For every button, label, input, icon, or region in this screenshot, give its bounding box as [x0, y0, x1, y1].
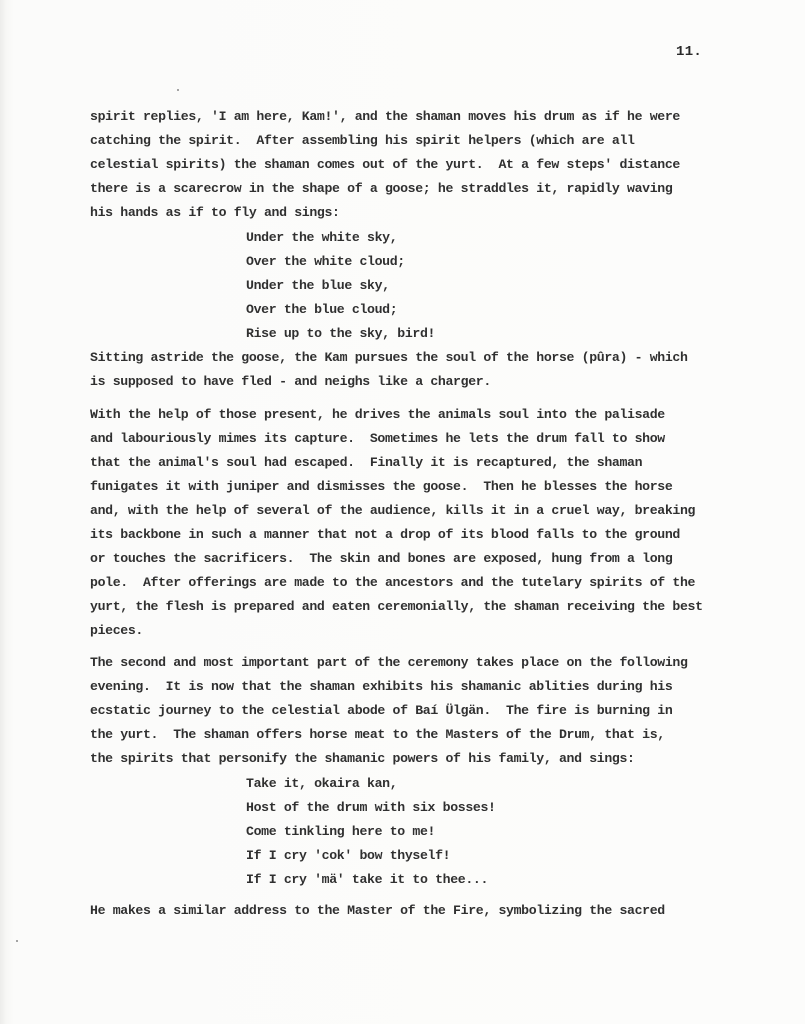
- text-line: He makes a similar address to the Master…: [90, 899, 665, 923]
- text-line: pole. After offerings are made to the an…: [90, 571, 695, 595]
- text-line: catching the spirit. After assembling hi…: [90, 129, 635, 153]
- text-line: With the help of those present, he drive…: [90, 403, 665, 427]
- verse-line: Come tinkling here to me!: [246, 820, 435, 844]
- text-line: the yurt. The shaman offers horse meat t…: [90, 723, 665, 747]
- text-line: Sitting astride the goose, the Kam pursu…: [90, 346, 688, 370]
- text-line: The second and most important part of th…: [90, 651, 688, 675]
- text-line: and labouriously mimes its capture. Some…: [90, 427, 665, 451]
- verse-line: Over the white cloud;: [246, 250, 405, 274]
- text-line: the spirits that personify the shamanic …: [90, 747, 635, 771]
- text-line: ecstatic journey to the celestial abode …: [90, 699, 672, 723]
- text-line: is supposed to have fled - and neighs li…: [90, 370, 491, 394]
- verse-line: Under the blue sky,: [246, 274, 390, 298]
- text-line: funigates it with juniper and dismisses …: [90, 475, 672, 499]
- text-line: pieces.: [90, 619, 143, 643]
- text-line: his hands as if to fly and sings:: [90, 201, 340, 225]
- verse-line: Over the blue cloud;: [246, 298, 397, 322]
- text-line: or touches the sacrificers. The skin and…: [90, 547, 672, 571]
- page-number: 11.: [676, 44, 702, 60]
- verse-line: Host of the drum with six bosses!: [246, 796, 496, 820]
- scan-speck: [177, 89, 179, 91]
- verse-line: If I cry 'mä' take it to thee...: [246, 868, 488, 892]
- typewritten-page: 11. spirit replies, 'I am here, Kam!', a…: [0, 0, 805, 1024]
- text-line: evening. It is now that the shaman exhib…: [90, 675, 672, 699]
- verse-line: Take it, okaira kan,: [246, 772, 397, 796]
- text-line: its backbone in such a manner that not a…: [90, 523, 680, 547]
- verse-line: Rise up to the sky, bird!: [246, 322, 435, 346]
- scan-speck: [16, 940, 18, 942]
- text-line: yurt, the flesh is prepared and eaten ce…: [90, 595, 703, 619]
- text-line: that the animal's soul had escaped. Fina…: [90, 451, 642, 475]
- text-line: celestial spirits) the shaman comes out …: [90, 153, 680, 177]
- text-line: there is a scarecrow in the shape of a g…: [90, 177, 672, 201]
- text-line: and, with the help of several of the aud…: [90, 499, 695, 523]
- verse-line: Under the white sky,: [246, 226, 397, 250]
- verse-line: If I cry 'cok' bow thyself!: [246, 844, 450, 868]
- text-line: spirit replies, 'I am here, Kam!', and t…: [90, 105, 680, 129]
